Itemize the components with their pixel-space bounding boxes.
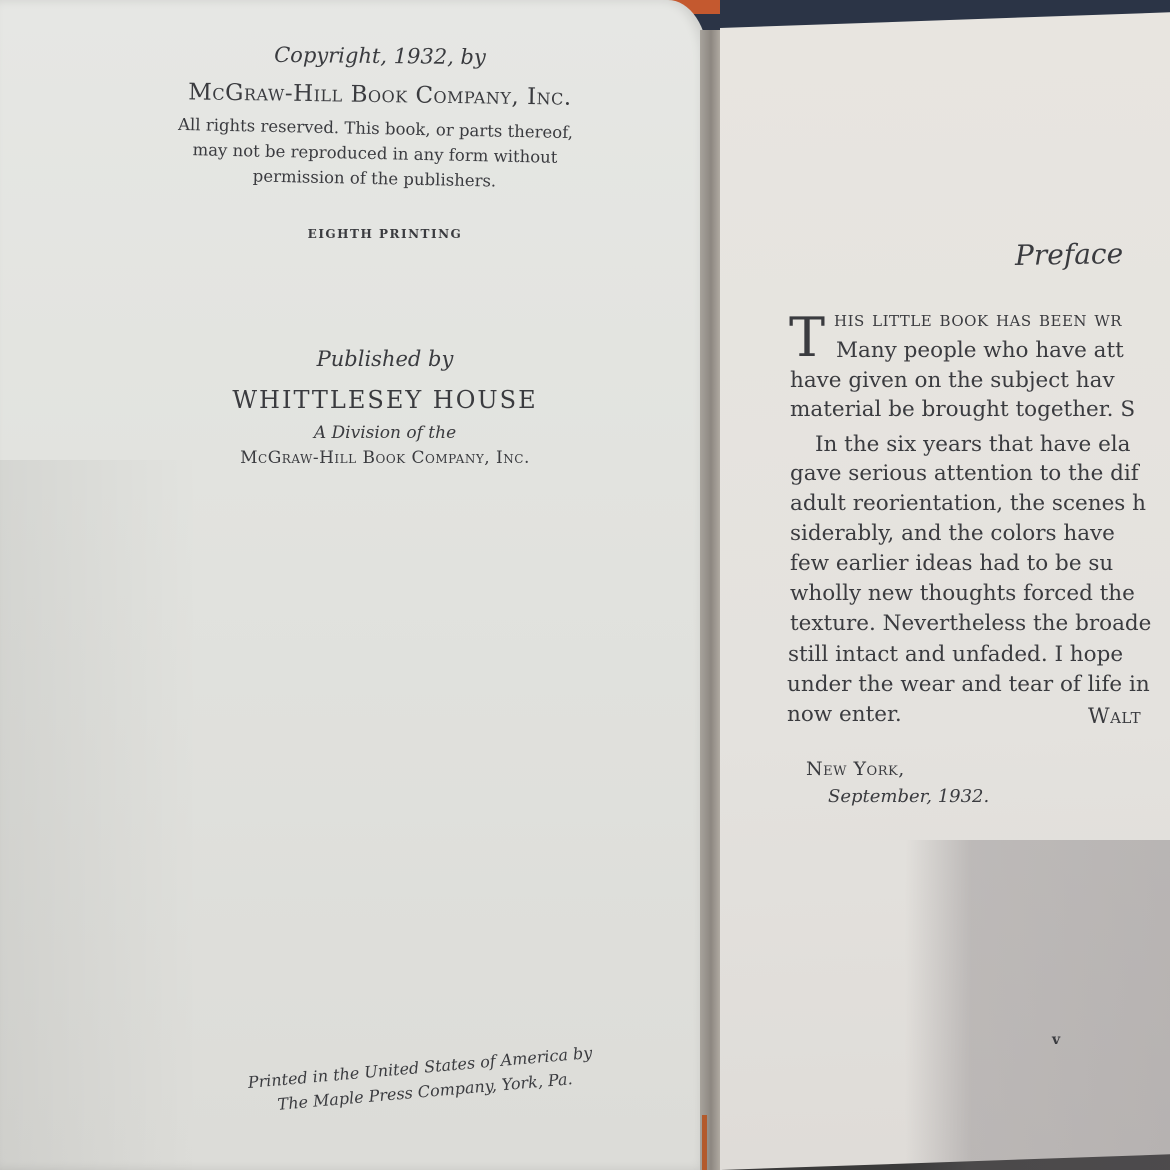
preface-line: his little book has been wr — [834, 307, 1122, 332]
published-by: Published by — [200, 347, 570, 371]
publisher-name: WHITTLESEY HOUSE — [200, 386, 570, 414]
preface-line: material be brought together. S — [790, 397, 1135, 422]
preface-title: Preface — [1015, 237, 1124, 272]
preface-line: texture. Nevertheless the broade — [790, 611, 1151, 636]
left-page-shadow — [0, 460, 200, 1170]
preface-line: few earlier ideas had to be su — [790, 551, 1113, 576]
preface-line: still intact and unfaded. I hope — [788, 642, 1123, 667]
page-edge-stain — [702, 1115, 707, 1170]
preface-line: gave serious attention to the dif — [790, 461, 1139, 486]
preface-line: have given on the subject hav — [790, 368, 1115, 393]
division-of: A Division of the — [200, 423, 570, 443]
page-number: v — [1052, 1032, 1060, 1048]
preface-line: wholly new thoughts forced the — [790, 581, 1135, 606]
place-line: New York, — [806, 758, 905, 780]
author-signature: Walt — [1088, 704, 1141, 728]
printing-edition: EIGHTH PRINTING — [200, 227, 570, 241]
preface-line: adult reorientation, the scenes h — [790, 491, 1146, 516]
book-gutter — [700, 30, 722, 1170]
date-line: September, 1932. — [828, 786, 989, 807]
preface-line: under the wear and tear of life in — [787, 672, 1150, 697]
parent-company: McGraw-Hill Book Company, Inc. — [200, 448, 570, 468]
copyright-line: Copyright, 1932, by — [150, 42, 610, 71]
preface-line: Many people who have att — [836, 338, 1124, 363]
preface-line: now enter. — [787, 702, 902, 727]
rights-statement: All rights reserved. This book, or parts… — [159, 112, 590, 196]
preface-line: siderably, and the colors have — [790, 521, 1115, 546]
drop-cap: T — [789, 311, 825, 365]
right-page-shadow — [905, 840, 1170, 1170]
preface-line: In the six years that have ela — [815, 432, 1131, 457]
